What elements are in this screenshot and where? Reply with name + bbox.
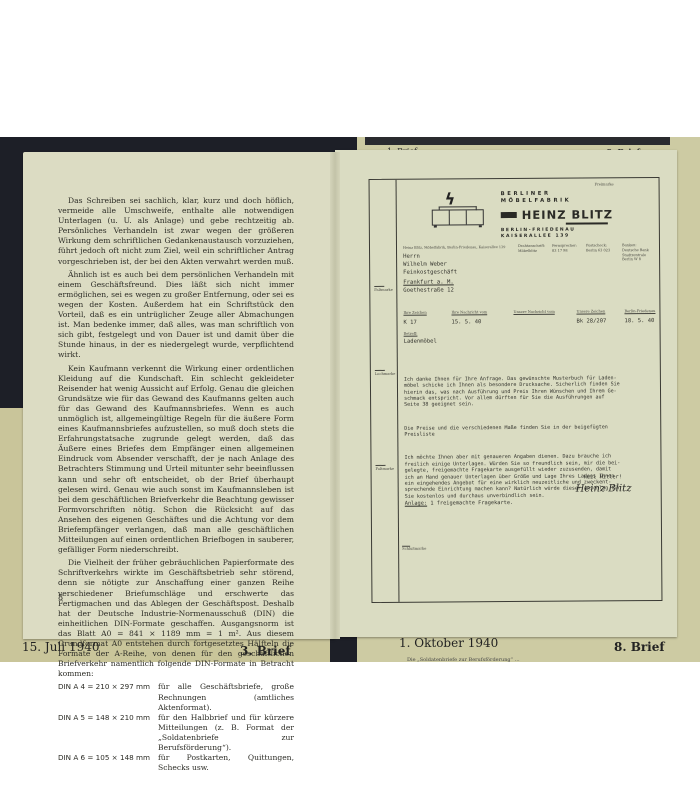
- margin-label-lochmarke: Lochmarke: [375, 370, 395, 376]
- recipient-address: Herrn Wilhelm Weber Feinkostgeschäft Fra…: [403, 253, 457, 295]
- letter-paragraph: Ich danke Ihnen für Ihre Anfrage. Das ge…: [404, 375, 656, 409]
- recipient-business: Feinkostgeschäft: [403, 269, 457, 277]
- reference-values: K 17 15. 5. 40 Bk 28/207 18. 5. 40: [404, 318, 656, 320]
- paragraph: Ähnlich ist es auch bei dem persönlichen…: [58, 270, 294, 361]
- din-format: DIN A 6 = 105 × 148 mm: [58, 753, 158, 773]
- sample-letter-form: Faltmarke Lochmarke Faltmarke Schlußmark…: [369, 177, 663, 603]
- letterhead-brand: BERLINER MÖBELFABRIK HEINZ BLITZ BERLIN-…: [501, 190, 614, 240]
- din-use: für alle Geschäftsbriefe, große Rechnung…: [158, 682, 294, 712]
- info-postscheck: Postscheck:Berlin 63 023: [586, 243, 610, 253]
- signature: Heinz Blitz: [576, 483, 632, 494]
- left-page-body: Das Schreiben sei sachlich, klar, kurz u…: [58, 196, 294, 773]
- underlying-top-bar: [365, 137, 670, 145]
- paragraph: Das Schreiben sei sachlich, klar, kurz u…: [58, 196, 294, 267]
- brand-address-2: KAISERALLEE 139: [501, 233, 613, 240]
- info-banks: Banken:Deutsche Bank Stadtzentrale Berli…: [622, 243, 656, 262]
- recipient-street: Goethestraße 12: [403, 288, 457, 296]
- cabinet-logo-icon: [432, 209, 484, 225]
- letter-closing: Heil Hitler!: [584, 474, 622, 480]
- subject: Ladenmöbel: [404, 339, 437, 345]
- brand-line-2: MÖBELFABRIK: [501, 197, 613, 205]
- info-telegram: Drahtanschrift:Möbelblitz: [518, 244, 545, 254]
- margin-label-schlussmarke: Schlußmarke: [402, 546, 426, 551]
- margin-label-faltmarke: Faltmarke: [374, 286, 393, 292]
- din-format: DIN A 5 = 148 × 210 mm: [58, 713, 158, 753]
- freimarke-label: Freimarke: [595, 182, 614, 186]
- enclosure-text: 1 freigemachte Fragekarte.: [430, 500, 513, 507]
- reference-labels: Ihre Zeichen Ihre Nachricht vom Unsere N…: [403, 309, 655, 311]
- margin-rule: [396, 180, 400, 602]
- underlying-letter-number-right: 8. Brief: [614, 640, 665, 654]
- paragraph: Kein Kaufmann verkennt die Wirkung einer…: [58, 364, 294, 556]
- din-format: DIN A 4 = 210 × 297 mm: [58, 682, 158, 712]
- page-number: 8: [58, 593, 63, 602]
- din-format-row: DIN A 4 = 210 × 297 mm für alle Geschäft…: [58, 682, 294, 712]
- letter-paragraph: Die Preise und die verschiedenen Maße fi…: [404, 424, 656, 439]
- enclosure-line: Anlage: 1 freigemachte Fragekarte.: [405, 500, 513, 507]
- paragraph: Die Vielheit der früher gebräuchlichen P…: [58, 558, 294, 679]
- din-format-row: DIN A 5 = 148 × 210 mm für den Halbbrief…: [58, 713, 294, 753]
- sender-return-line: Heinz Blitz, Möbelfabrik, Berlin-Frieden…: [403, 245, 505, 250]
- enclosure-label: Anlage:: [405, 501, 427, 507]
- subject-label: Betreff:: [404, 332, 418, 336]
- underlying-caption-right: Die „Soldatenbriefe zur Berufsförderung“…: [407, 657, 520, 663]
- din-format-row: DIN A 6 = 105 × 148 mm für Postkarten, Q…: [58, 753, 294, 773]
- brand-name-text: HEINZ BLITZ: [522, 207, 613, 222]
- margin-label-faltmarke-2: Faltmarke: [376, 465, 395, 471]
- brand-underline-bar: [566, 222, 608, 224]
- info-phone: Fernsprecher:83 17 98: [552, 244, 577, 254]
- booklet-gutter: [330, 152, 340, 639]
- brand-block-decoration: [501, 212, 517, 218]
- din-use: für Postkarten, Quittungen, Schecks usw.: [158, 753, 294, 773]
- underlying-date-right: 1. Oktober 1940: [399, 636, 498, 650]
- din-use: für den Halbbrief und für kürzere Mittei…: [158, 713, 294, 753]
- brand-name: HEINZ BLITZ: [501, 207, 613, 222]
